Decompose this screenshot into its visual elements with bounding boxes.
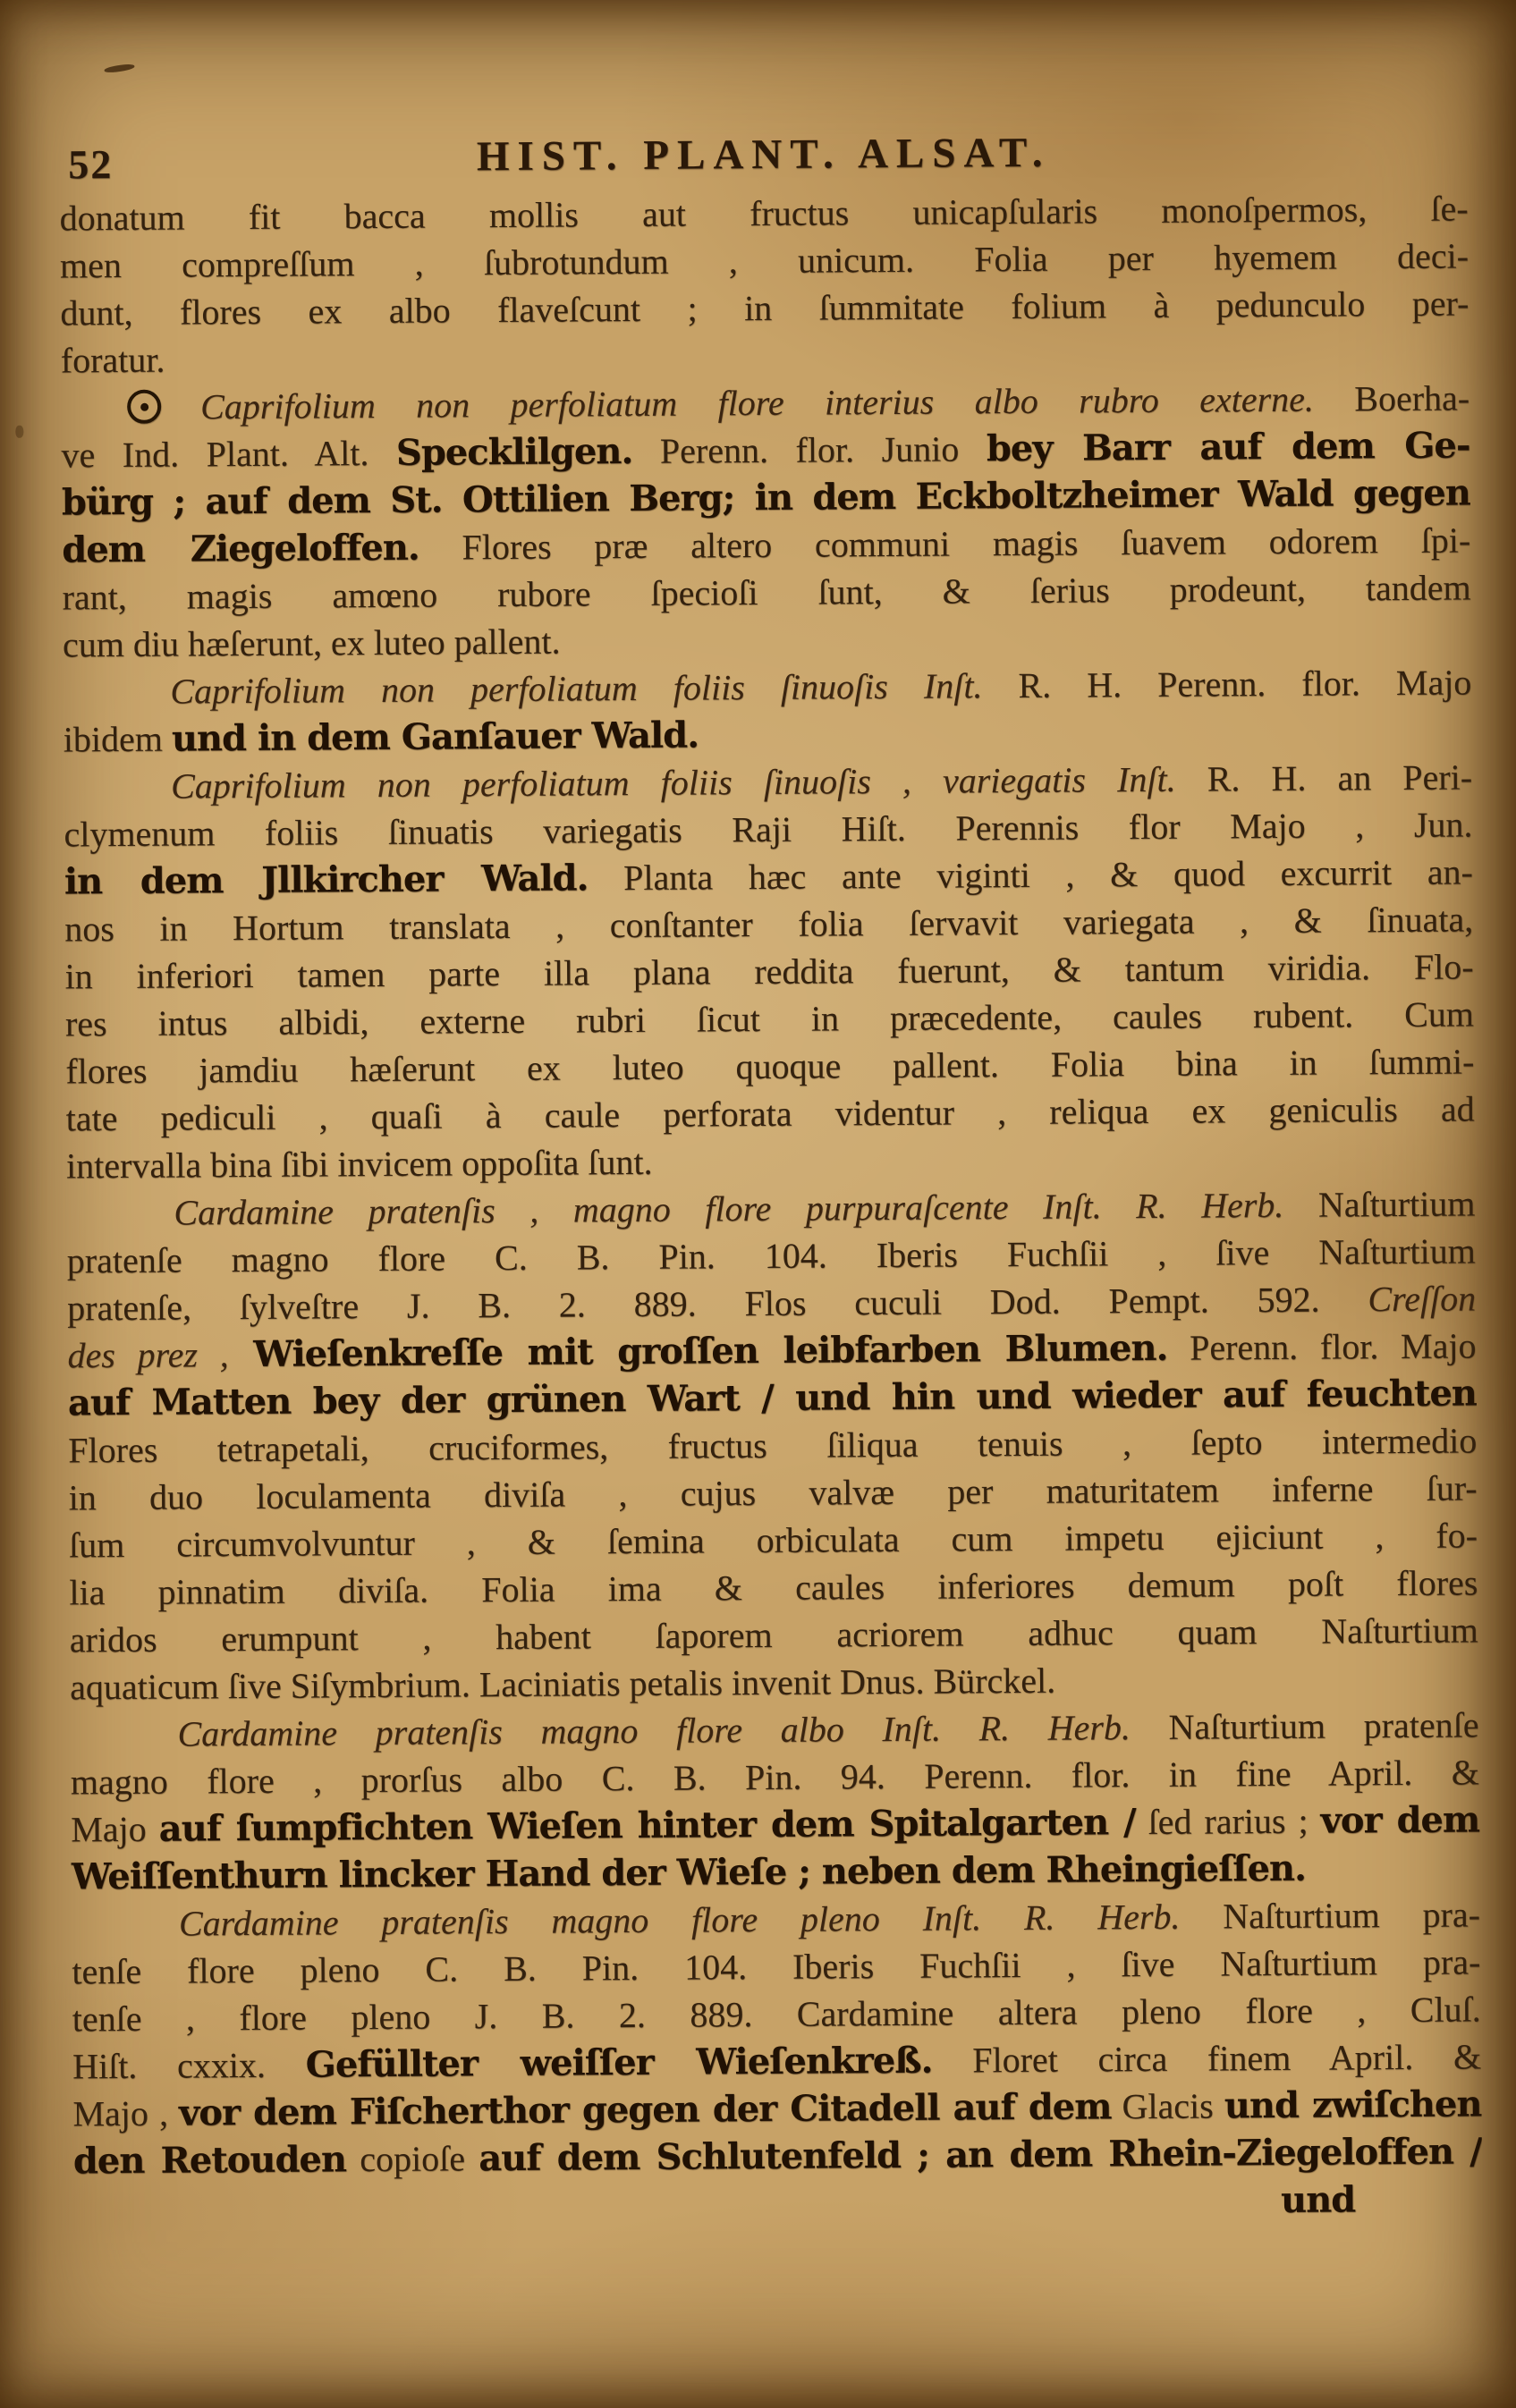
text-run-roman: Perenn. flor. Majo [1167, 1325, 1476, 1367]
text-run-fraktur: dem Ziegeloffen. [62, 527, 419, 571]
text-run-roman: R. H. Perenn. flor. Majo [982, 662, 1471, 706]
text-line: aridos erumpunt , habent ſaporem acriore… [70, 1606, 1478, 1663]
text-run-italic: Cardamine pratenſis magno flore pleno In… [179, 1897, 1181, 1944]
text-run-roman: aquaticum ſive Siſymbrium. Laciniatis pe… [70, 1660, 1055, 1708]
text-run-roman: res intus albidi, externe rubri ſicut in… [65, 993, 1474, 1043]
text-run-fraktur: und zwiſchen [1224, 2083, 1482, 2126]
scanned-book-page: { "page": { "number": "52", "header_titl… [0, 0, 1516, 2408]
text-run-fraktur: auf dem Schlutenfeld ; an dem Rhein-Zieg… [479, 2130, 1482, 2179]
text-run-roman: Naſturtium pra- [1180, 1894, 1480, 1936]
text-run-roman: Majo , [72, 2093, 179, 2134]
text-run-fraktur: Weiſſenthurn lincker Hand der Wieſe ; ne… [71, 1847, 1306, 1898]
text-run-roman: Majo [71, 1809, 159, 1850]
text-run-italic: des prez , [67, 1334, 228, 1375]
text-run-roman: aridos erumpunt , habent ſaporem acriore… [70, 1610, 1478, 1660]
text-run-roman: flores jamdiu hæſerunt ex luteo quoque p… [65, 1041, 1474, 1091]
page: 52 HIST. PLANT. ALSAT. donatum fit bacca… [0, 0, 1516, 2408]
text-run-roman: tate pediculi , quaſi à caule perforata … [66, 1088, 1475, 1138]
text-line: den Retouden copioſe auf dem Schlutenfel… [73, 2127, 1482, 2184]
text-run-fraktur: vor dem Fiſcherthor gegen der Citadell a… [179, 2085, 1112, 2133]
text-run-italic: Caprifolium non perfoliatum foliis ſinuo… [170, 665, 982, 711]
text-run-roman: Planta hæc ante viginti , & quod excurri… [588, 851, 1473, 898]
text-run-italic: Cardamine pratenſis magno flore albo Inſ… [177, 1707, 1131, 1753]
text-run-roman: cum diu hæſerunt, ex luteo pallent. [63, 621, 561, 665]
text-run-fraktur: den Retouden [73, 2138, 346, 2182]
ink-smudge [15, 426, 23, 438]
text-run-roman: Naſturtium pratenſe [1131, 1704, 1479, 1747]
text-run-roman: ve Ind. Plant. Alt. [61, 433, 396, 476]
text-run-roman: in duo loculamenta diviſa , cujus valvæ … [69, 1467, 1478, 1517]
text-run-roman: Perenn. flor. Junio [632, 428, 987, 471]
text-run-roman: intervalla bina ſibi invicem oppoſita ſu… [66, 1142, 653, 1187]
text-line: Caprifolium non perfoliatum foliis ſinuo… [63, 658, 1471, 715]
text-run-fraktur: in dem Jllkircher Wald. [64, 857, 589, 902]
text-run-roman: Boerha- [1314, 377, 1470, 418]
text-run-roman: donatum fit bacca mollis aut fructus uni… [60, 188, 1469, 238]
text-run-roman: Flores præ altero communi magis ſuavem o… [419, 520, 1471, 567]
text-block: donatum fit bacca mollis aut fructus uni… [59, 184, 1482, 2232]
text-run-fraktur: Gefüllter weiſſer Wieſenkreß. [306, 2040, 933, 2086]
text-run-roman: tenſe , flore pleno J. B. 2. 889. Cardam… [72, 1989, 1481, 2039]
text-line: dunt, flores ex albo flaveſcunt ; in ſum… [60, 279, 1469, 336]
text-run-fraktur: Wieſenkreſſe mit groſſen leibfarben Blum… [228, 1327, 1167, 1375]
text-run-roman: ſum circumvolvuntur , & ſemina orbiculat… [69, 1515, 1478, 1565]
text-line: tate pediculi , quaſi à caule perforata … [66, 1085, 1475, 1142]
text-run-fraktur: bürg ; auf dem St. Ottilien Berg; in dem… [62, 471, 1470, 523]
text-run-roman: foratur. [61, 340, 165, 381]
text-run-roman: Flores tetrapetali, cruciformes, fructus… [68, 1420, 1477, 1470]
text-run-fraktur: vor dem [1320, 1798, 1479, 1841]
text-run-roman: tenſe flore pleno C. B. Pin. 104. Iberis… [72, 1941, 1480, 1991]
text-run-italic: Caprifolium non perfoliatum foliis ſinuo… [171, 759, 1176, 807]
text-run-roman: nos in Hortum translata , conſtanter fol… [64, 899, 1473, 949]
text-run-roman: Naſturtium [1283, 1183, 1475, 1224]
catchword-row: und [73, 2175, 1482, 2232]
text-run-roman: lia pinnatim diviſa. Folia ima & caules … [69, 1562, 1478, 1612]
text-run-roman: R. H. an Peri- [1175, 756, 1472, 798]
text-run-roman: ibidem [64, 719, 172, 760]
sun-symbol-icon [127, 390, 161, 424]
text-run-roman: in inferiori tamen parte illa plana redd… [64, 946, 1473, 996]
text-run-italic: Caprifolium non perfoliatum flore interi… [200, 379, 1314, 427]
catchword: und [1281, 2178, 1355, 2221]
text-run-fraktur: auf ſumpfichten Wieſen hinter dem Spital… [159, 1801, 1136, 1850]
text-run-roman: clymenum foliis ſinuatis variegatis Raji… [64, 804, 1472, 854]
text-run-roman: Glacis [1111, 2085, 1224, 2126]
ink-smudge [104, 63, 135, 74]
text-run-roman: pratenſe, ſylveſtre J. B. 2. 889. Flos c… [67, 1279, 1368, 1328]
text-run-roman: ſed rarius ; [1135, 1801, 1320, 1842]
text-run-roman: copioſe [346, 2138, 479, 2179]
text-run-roman: pratenſe magno flore C. B. Pin. 104. Ibe… [67, 1230, 1476, 1280]
text-run-italic: Creſſon [1368, 1278, 1476, 1319]
text-run-fraktur: Specklilgen. [396, 430, 633, 474]
text-run-fraktur: und in dem Ganſauer Wald. [172, 714, 699, 759]
text-run-roman: magno flore , prorſus albo C. B. Pin. 94… [71, 1752, 1479, 1802]
page-number: 52 [68, 140, 113, 188]
text-run-roman: dunt, flores ex albo flaveſcunt ; in ſum… [60, 283, 1469, 333]
text-run-roman: Floret circa finem April. & [932, 2036, 1481, 2080]
text-line: rant, magis amœno rubore ſpecioſi ſunt, … [62, 563, 1470, 621]
running-title: HIST. PLANT. ALSAT. [59, 125, 1468, 183]
text-run-roman: Hiſt. cxxix. [72, 2045, 306, 2087]
text-run-roman: rant, magis amœno rubore ſpecioſi ſunt, … [62, 567, 1470, 617]
text-run-fraktur: bey Barr auf dem Ge- [987, 424, 1470, 469]
text-run-italic: Cardamine pratenſis , magno flore purpur… [174, 1185, 1283, 1233]
text-run-roman: men compreſſum , ſubrotundum , unicum. F… [60, 235, 1469, 285]
page-header: 52 HIST. PLANT. ALSAT. [59, 125, 1468, 190]
